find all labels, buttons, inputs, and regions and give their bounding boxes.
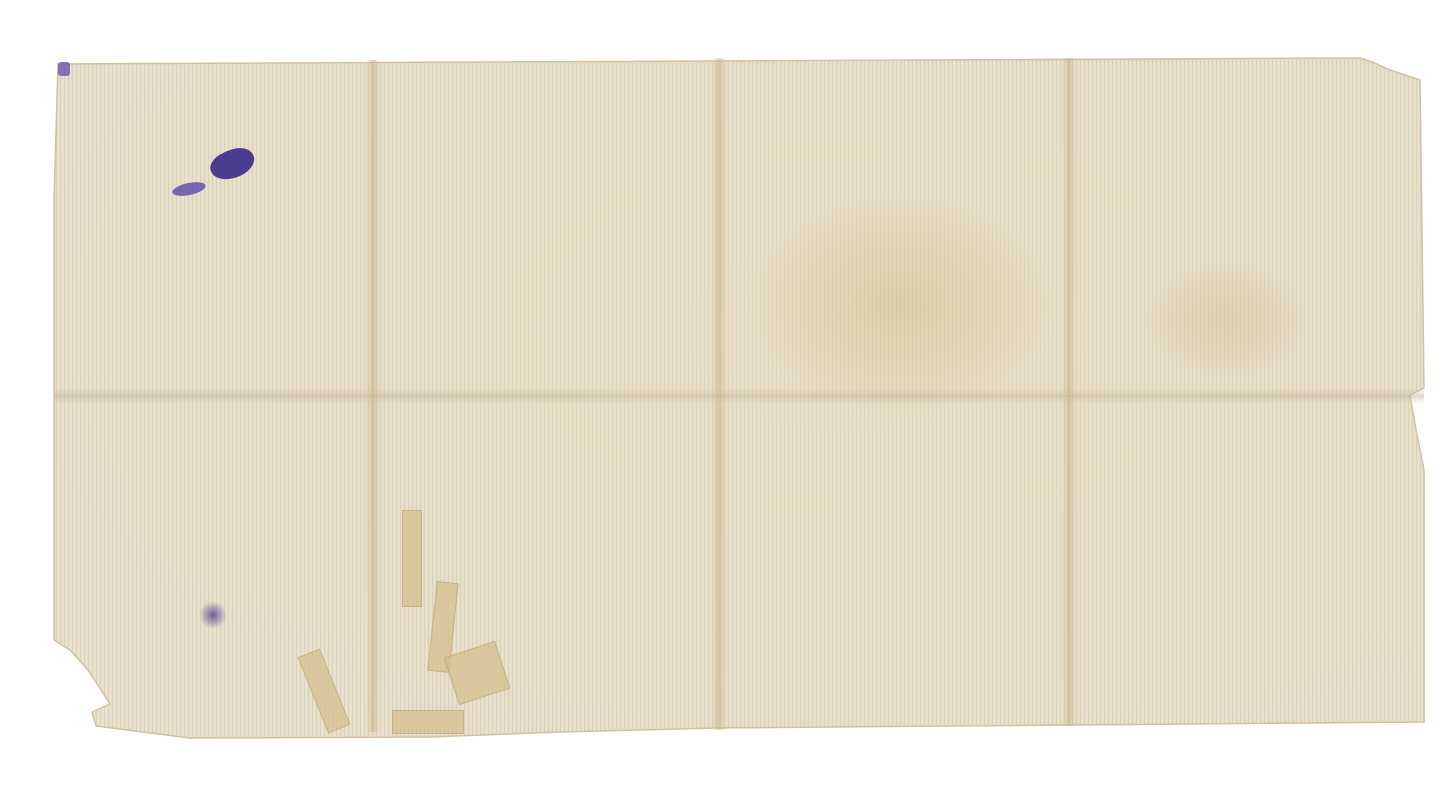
tape-bottom [392,710,464,734]
paper-outline [0,0,1454,800]
tape-strip-1 [402,510,422,607]
scanned-paper-note [0,0,1454,800]
